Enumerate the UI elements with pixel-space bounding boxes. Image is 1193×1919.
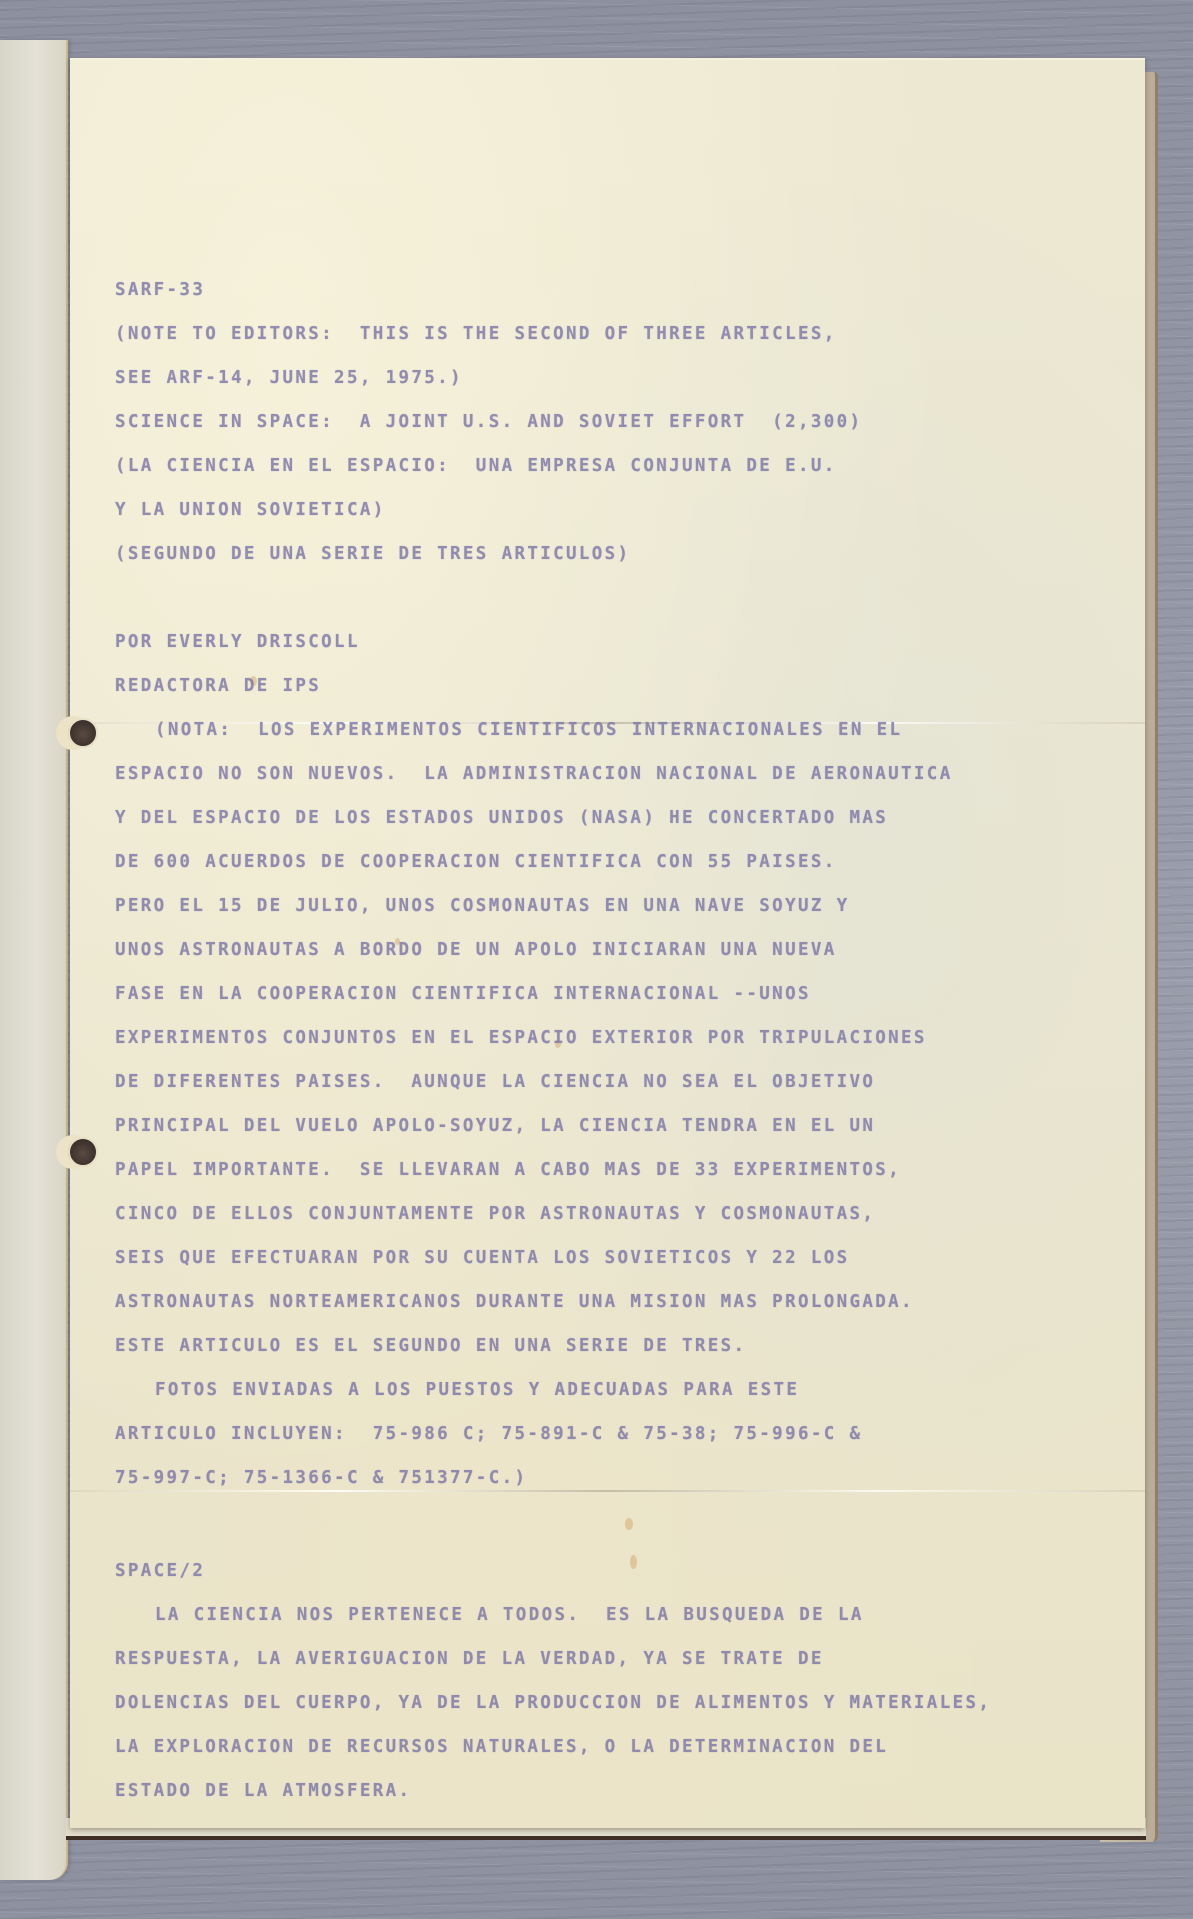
headline-spanish-line: (LA CIENCIA EN EL ESPACIO: UNA EMPRESA C…	[115, 456, 837, 476]
punch-hole-bottom	[68, 1137, 98, 1167]
note-line: DE DIFERENTES PAISES. AUNQUE LA CIENCIA …	[115, 1072, 875, 1092]
rust-stain	[630, 1555, 637, 1569]
byline-role: REDACTORA DE IPS	[115, 676, 321, 696]
note-line: DE 600 ACUERDOS DE COOPERACION CIENTIFIC…	[115, 852, 837, 872]
rust-stain	[625, 1518, 633, 1530]
note-line: ASTRONAUTAS NORTEAMERICANOS DURANTE UNA …	[115, 1292, 914, 1312]
series-note: (SEGUNDO DE UNA SERIE DE TRES ARTICULOS)	[115, 544, 630, 564]
editor-note-line: (NOTE TO EDITORS: THIS IS THE SECOND OF …	[115, 324, 837, 344]
note-line: CINCO DE ELLOS CONJUNTAMENTE POR ASTRONA…	[115, 1204, 875, 1224]
note-line: ESPACIO NO SON NUEVOS. LA ADMINISTRACION…	[115, 764, 953, 784]
document-slug: SARF-33	[115, 280, 205, 300]
body-line: ESTADO DE LA ATMOSFERA.	[115, 1781, 411, 1801]
photos-note-line: ARTICULO INCLUYEN: 75-986 C; 75-891-C & …	[115, 1424, 862, 1444]
headline-spanish-line: Y LA UNION SOVIETICA)	[115, 500, 386, 520]
body-line: LA CIENCIA NOS PERTENECE A TODOS. ES LA …	[155, 1605, 864, 1625]
photos-note-line: FOTOS ENVIADAS A LOS PUESTOS Y ADECUADAS…	[155, 1380, 799, 1400]
note-line: EXPERIMENTOS CONJUNTOS EN EL ESPACIO EXT…	[115, 1028, 927, 1048]
photos-note-line: 75-997-C; 75-1366-C & 751377-C.)	[115, 1468, 527, 1488]
punch-hole-top	[68, 718, 98, 748]
note-line: ESTE ARTICULO ES EL SEGUNDO EN UNA SERIE…	[115, 1336, 746, 1356]
note-line: PAPEL IMPORTANTE. SE LLEVARAN A CABO MAS…	[115, 1160, 901, 1180]
paper-fold-crease	[70, 1490, 1145, 1492]
note-line: PERO EL 15 DE JULIO, UNOS COSMONAUTAS EN…	[115, 896, 850, 916]
byline-author: POR EVERLY DRISCOLL	[115, 632, 360, 652]
note-line: FASE EN LA COOPERACION CIENTIFICA INTERN…	[115, 984, 811, 1004]
body-line: LA EXPLORACION DE RECURSOS NATURALES, O …	[115, 1737, 888, 1757]
headline-english: SCIENCE IN SPACE: A JOINT U.S. AND SOVIE…	[115, 412, 862, 432]
note-line: PRINCIPAL DEL VUELO APOLO-SOYUZ, LA CIEN…	[115, 1116, 875, 1136]
note-line: Y DEL ESPACIO DE LOS ESTADOS UNIDOS (NAS…	[115, 808, 888, 828]
note-line: (NOTA: LOS EXPERIMENTOS CIENTIFICOS INTE…	[155, 720, 902, 740]
note-line: SEIS QUE EFECTUARAN POR SU CUENTA LOS SO…	[115, 1248, 850, 1268]
left-facing-page	[0, 40, 68, 1880]
note-line: UNOS ASTRONAUTAS A BORDO DE UN APOLO INI…	[115, 940, 837, 960]
body-line: DOLENCIAS DEL CUERPO, YA DE LA PRODUCCIO…	[115, 1693, 991, 1713]
page-marker: SPACE/2	[115, 1561, 205, 1581]
body-line: RESPUESTA, LA AVERIGUACION DE LA VERDAD,…	[115, 1649, 824, 1669]
editor-note-line: SEE ARF-14, JUNE 25, 1975.)	[115, 368, 463, 388]
